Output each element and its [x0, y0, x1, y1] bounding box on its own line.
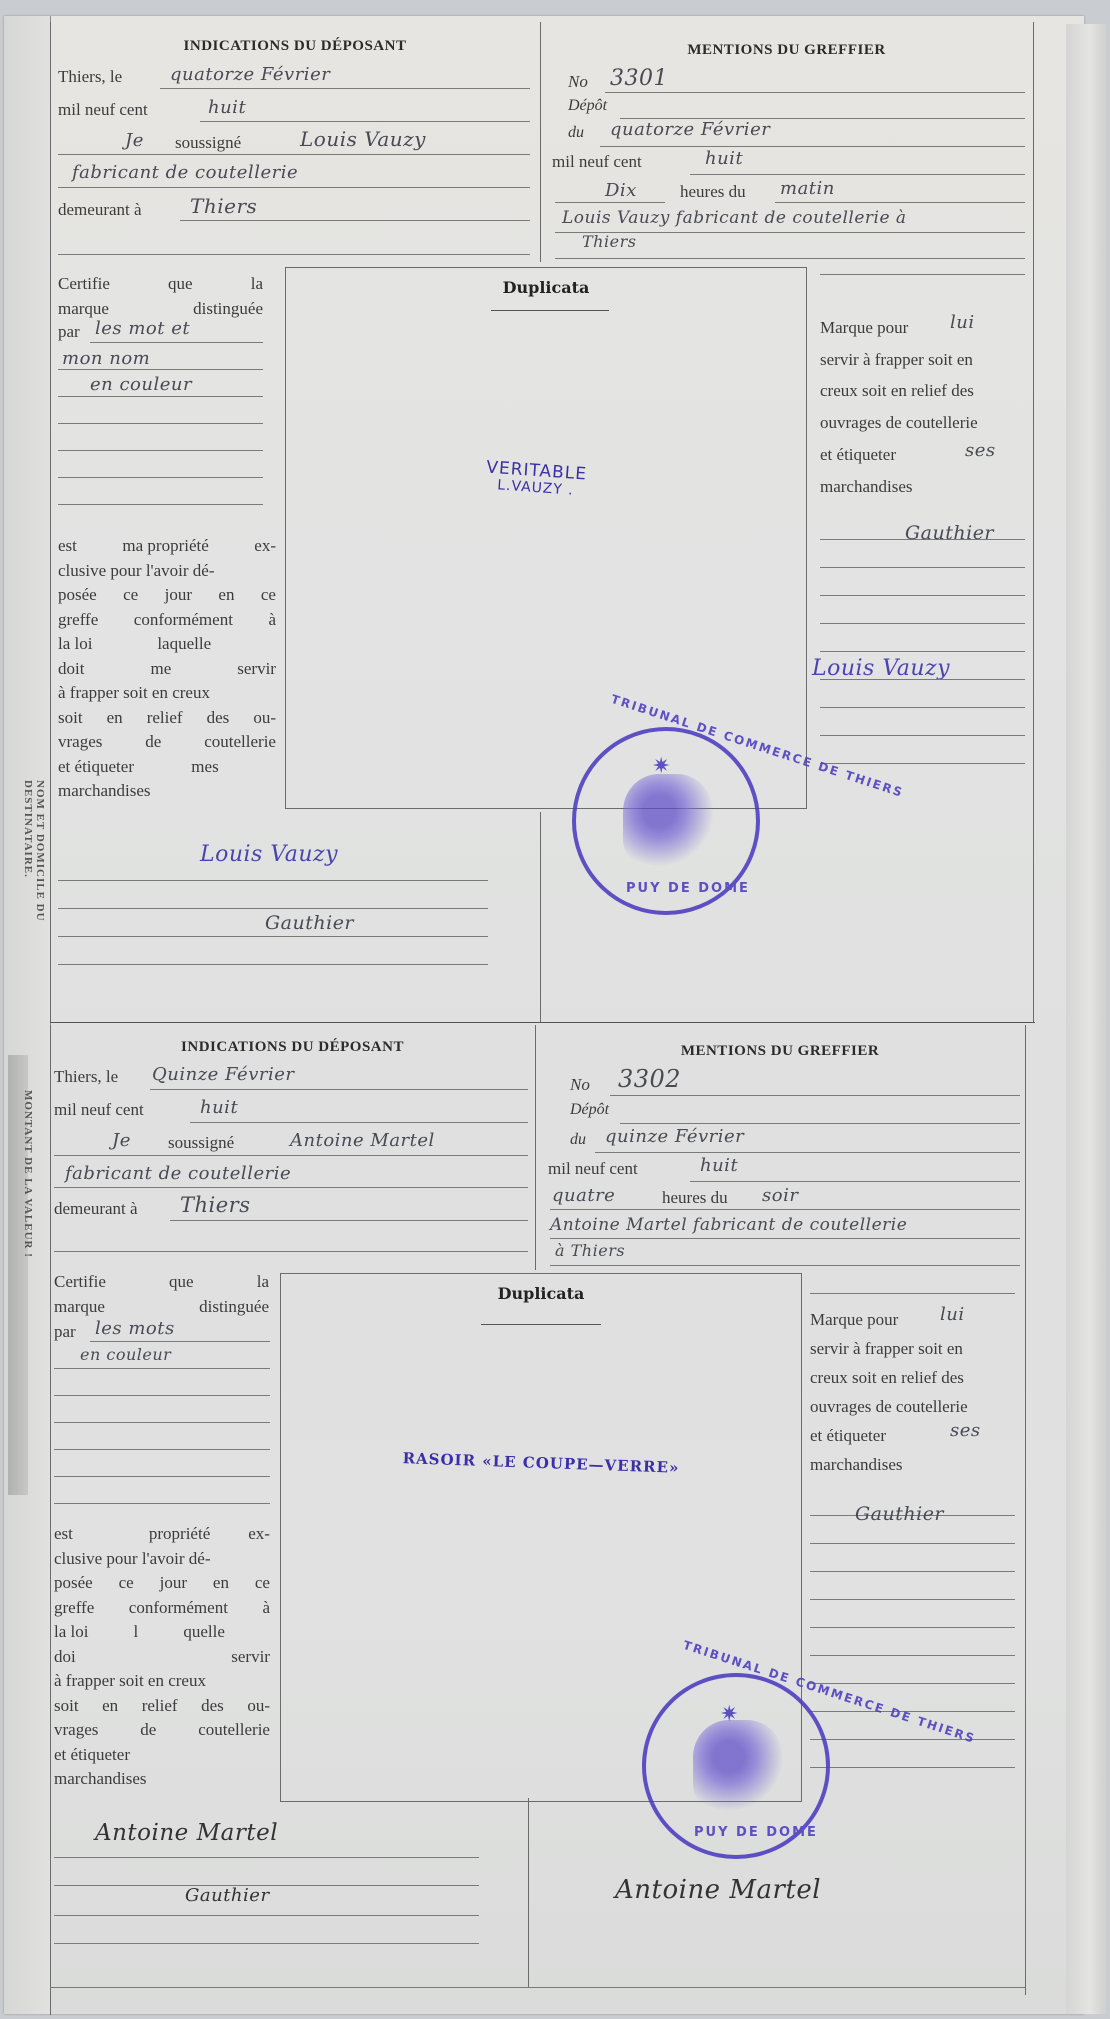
year-label: mil neuf cent [54, 1100, 144, 1120]
greffier-year-handwritten: huit [705, 148, 743, 169]
marque-pour-line-4: ouvrages de coutellerie [820, 413, 978, 433]
greffier-year-label: mil neuf cent [552, 152, 642, 172]
soussigne-label: soussigné [175, 133, 241, 153]
du-label: du [568, 124, 584, 142]
greffier-header: MENTIONS DU GREFFIER [535, 1043, 1025, 1060]
greffier-depositor-line2: Thiers [582, 232, 636, 251]
clerk-signature-right: Gauthier [905, 522, 994, 544]
marque-pour-line-2: servir à frapper soit en [810, 1339, 963, 1359]
soussigne-label: soussigné [168, 1133, 234, 1153]
city-label: Thiers, le [54, 1067, 118, 1087]
residence-label: demeurant à [54, 1199, 138, 1219]
depositor-signature: Louis Vauzy [200, 842, 338, 867]
greffier-date-handwritten: quatorze Février [610, 119, 770, 140]
mark-stamp: VERITABLE L.VAUZY . [475, 459, 597, 501]
margin-label-recipient: NOM ET DOMICILE DU DESTINATAIRE. [22, 780, 46, 1020]
clerk-signature: Gauthier [265, 912, 354, 934]
greffier-depositor-line1: Louis Vauzy fabricant de coutellerie à [562, 208, 907, 228]
duplicata-box: Duplicata VERITABLE L.VAUZY . [285, 267, 807, 809]
je-handwritten: Je [112, 1130, 131, 1151]
deposit-form-2: INDICATIONS DU DÉPOSANT Thiers, le Quinz… [50, 1025, 1055, 2015]
marque-pour-hand: lui [940, 1304, 965, 1325]
marque-pour-label: Marque pour [820, 318, 908, 338]
du-label: du [570, 1131, 586, 1149]
greffier-depositor-line1: Antoine Martel fabricant de coutellerie [550, 1215, 907, 1235]
hours-label: heures du [680, 182, 746, 202]
residence-handwritten: Thiers [180, 1193, 251, 1217]
marque-pour-ses-hand: ses [965, 440, 996, 461]
marque-pour-label: Marque pour [810, 1310, 898, 1330]
mark-description-hand-2: en couleur [80, 1345, 171, 1364]
certify-line-1: Certifiequela [54, 1270, 269, 1295]
page-edge [1066, 24, 1106, 2014]
depositant-header: INDICATIONS DU DÉPOSANT [50, 1039, 535, 1056]
period-handwritten: matin [780, 178, 835, 199]
residence-handwritten: Thiers [190, 194, 257, 218]
marque-pour-line-3: creux soit en relief des [810, 1368, 964, 1388]
property-paragraph: estpropriétéex- clusive pour l'avoir dé-… [54, 1522, 270, 1792]
tribunal-seal-2: ✷ TRIBUNAL DE COMMERCE DE THIERS PUY DE … [642, 1673, 830, 1859]
hours-label: heures du [662, 1188, 728, 1208]
hour-handwritten: quatre [552, 1185, 615, 1206]
marque-pour-line-6: marchandises [810, 1455, 903, 1475]
number-label: No [570, 1075, 590, 1095]
depositor-signature: Antoine Martel [95, 1820, 278, 1846]
marque-pour-line-3: creux soit en relief des [820, 381, 974, 401]
deposit-number-handwritten: 3302 [618, 1065, 681, 1093]
mark-description-hand-2: mon nom [62, 348, 150, 369]
city-label: Thiers, le [58, 67, 122, 87]
par-label: par [54, 1322, 76, 1342]
period-handwritten: soir [762, 1185, 798, 1206]
depositor-name-handwritten: Louis Vauzy [300, 127, 426, 151]
clerk-signature: Gauthier [185, 1885, 270, 1906]
number-label: No [568, 72, 588, 92]
mark-description-hand-1: les mots [95, 1318, 175, 1339]
certify-line-2: marquedistinguée [54, 1295, 269, 1320]
property-paragraph: estma propriétéex- clusive pour l'avoir … [58, 534, 276, 804]
certify-line-1: Certifiequela [58, 272, 263, 297]
residence-label: demeurant à [58, 200, 142, 220]
marque-pour-hand: lui [950, 312, 975, 333]
greffier-year-label: mil neuf cent [548, 1159, 638, 1179]
greffier-date-handwritten: quinze Février [605, 1126, 744, 1147]
marque-pour-line-5: et étiqueter [810, 1426, 886, 1446]
date-handwritten: Quinze Février [152, 1064, 295, 1085]
marque-pour-line-4: ouvrages de coutellerie [810, 1397, 968, 1417]
depot-label: Dépôt [570, 1101, 609, 1119]
duplicata-title: Duplicata [286, 278, 806, 297]
year-handwritten: huit [208, 97, 246, 118]
date-handwritten: quatorze Février [170, 64, 330, 85]
greffier-depositor-line2: à Thiers [555, 1241, 625, 1260]
duplicata-title: Duplicata [281, 1284, 801, 1303]
mark-description-hand-3: en couleur [90, 374, 192, 395]
depositant-header: INDICATIONS DU DÉPOSANT [50, 38, 540, 55]
mark-description-hand-1: les mot et [95, 318, 190, 339]
margin-label-value: MONTANT DE LA VALEUR ! [22, 1090, 34, 1330]
depot-label: Dépôt [568, 97, 607, 115]
deposit-form-1: INDICATIONS DU DÉPOSANT Thiers, le quato… [50, 22, 1055, 1022]
marque-pour-line-5: et étiqueter [820, 445, 896, 465]
tribunal-seal-1: ✷ TRIBUNAL DE COMMERCE DE THIERS PUY DE … [572, 727, 760, 915]
marque-pour-ses-hand: ses [950, 1420, 981, 1441]
greffier-year-handwritten: huit [700, 1155, 738, 1176]
mark-stamp: RASOIR «LE COUPE—VERRE» [381, 1448, 701, 1477]
depositor-signature-right: Louis Vauzy [812, 656, 950, 681]
year-label: mil neuf cent [58, 100, 148, 120]
je-handwritten: Je [125, 130, 144, 151]
marque-pour-line-2: servir à frapper soit en [820, 350, 973, 370]
profession-handwritten: fabricant de coutellerie [65, 1163, 291, 1184]
hour-handwritten: Dix [605, 180, 637, 201]
year-handwritten: huit [200, 1097, 238, 1118]
profession-handwritten: fabricant de coutellerie [72, 162, 298, 183]
deposit-number-handwritten: 3301 [610, 66, 668, 91]
marque-pour-line-6: marchandises [820, 477, 913, 497]
clerk-signature-right: Gauthier [855, 1503, 944, 1525]
par-label: par [58, 322, 80, 342]
depositor-name-handwritten: Antoine Martel [290, 1130, 435, 1151]
depositor-signature-right: Antoine Martel [615, 1875, 821, 1905]
greffier-header: MENTIONS DU GREFFIER [540, 42, 1033, 59]
